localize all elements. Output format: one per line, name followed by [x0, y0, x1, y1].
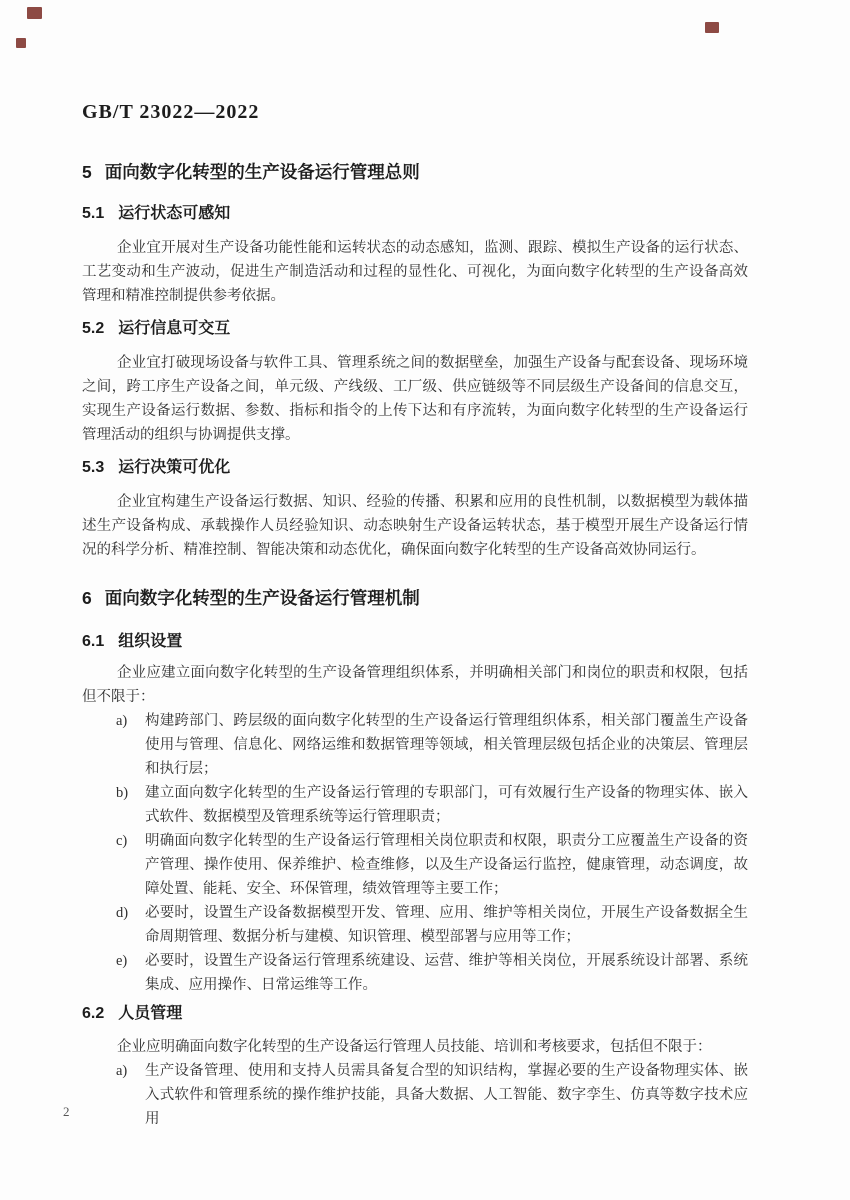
- list-marker-d: d): [116, 901, 128, 925]
- subsection-5-2-heading: 5.2运行信息可交互: [82, 320, 748, 338]
- list-item-6-1-b: b)建立面向数字化转型的生产设备运行管理的专职部门，可有效履行生产设备的物理实体…: [82, 781, 748, 829]
- subsection-6-2-heading: 6.2人员管理: [82, 1005, 748, 1023]
- section-5-number: 5: [82, 162, 92, 182]
- subsection-5-2-title: 运行信息可交互: [118, 320, 230, 337]
- paragraph-5-1: 企业宜开展对生产设备功能性能和运转状态的动态感知，监测、跟踪、模拟生产设备的运行…: [82, 236, 748, 308]
- section-6-number: 6: [82, 588, 92, 608]
- subsection-5-1-title: 运行状态可感知: [118, 205, 230, 222]
- list-6-1: a)构建跨部门、跨层级的面向数字化转型的生产设备运行管理组织体系，相关部门覆盖生…: [82, 709, 748, 997]
- list-text-b: 建立面向数字化转型的生产设备运行管理的专职部门，可有效履行生产设备的物理实体、嵌…: [145, 785, 748, 825]
- list-item-6-1-a: a)构建跨部门、跨层级的面向数字化转型的生产设备运行管理组织体系，相关部门覆盖生…: [82, 709, 748, 781]
- subsection-5-1-heading: 5.1运行状态可感知: [82, 205, 748, 223]
- subsection-5-3-title: 运行决策可优化: [118, 459, 230, 476]
- subsection-5-3-heading: 5.3运行决策可优化: [82, 459, 748, 477]
- page-number: 2: [63, 1104, 70, 1120]
- section-5-title: 面向数字化转型的生产设备运行管理总则: [105, 162, 420, 182]
- list-marker-a: a): [116, 709, 127, 733]
- section-6-heading: 6面向数字化转型的生产设备运行管理机制: [82, 588, 748, 608]
- paragraph-6-2-intro: 企业应明确面向数字化转型的生产设备运行管理人员技能、培训和考核要求，包括但不限于…: [82, 1035, 748, 1059]
- list-6-2: a)生产设备管理、使用和支持人员需具备复合型的知识结构，掌握必要的生产设备物理实…: [82, 1059, 748, 1131]
- scan-mark-1: [16, 38, 26, 48]
- list-item-6-1-c: c)明确面向数字化转型的生产设备运行管理相关岗位职责和权限，职责分工应覆盖生产设…: [82, 829, 748, 901]
- paragraph-5-2: 企业宜打破现场设备与软件工具、管理系统之间的数据壁垒，加强生产设备与配套设备、现…: [82, 351, 748, 447]
- list-marker-c: c): [116, 829, 127, 853]
- subsection-6-1-title: 组织设置: [118, 633, 182, 650]
- list-text-6-2-a: 生产设备管理、使用和支持人员需具备复合型的知识结构，掌握必要的生产设备物理实体、…: [145, 1063, 748, 1127]
- standard-code-header: GB/T 23022—2022: [82, 102, 748, 122]
- document-page: GB/T 23022—2022 5面向数字化转型的生产设备运行管理总则 5.1运…: [0, 0, 850, 1200]
- list-marker-6-2-a: a): [116, 1059, 127, 1083]
- subsection-6-2-title: 人员管理: [118, 1005, 182, 1022]
- list-item-6-2-a: a)生产设备管理、使用和支持人员需具备复合型的知识结构，掌握必要的生产设备物理实…: [82, 1059, 748, 1131]
- subsection-5-3-number: 5.3: [82, 459, 104, 477]
- section-5-heading: 5面向数字化转型的生产设备运行管理总则: [82, 162, 748, 182]
- list-marker-e: e): [116, 949, 127, 973]
- subsection-6-2-number: 6.2: [82, 1005, 104, 1023]
- paragraph-6-1-intro: 企业应建立面向数字化转型的生产设备管理组织体系，并明确相关部门和岗位的职责和权限…: [82, 661, 748, 709]
- subsection-5-2-number: 5.2: [82, 320, 104, 338]
- subsection-5-1-number: 5.1: [82, 205, 104, 223]
- list-text-c: 明确面向数字化转型的生产设备运行管理相关岗位职责和权限，职责分工应覆盖生产设备的…: [145, 833, 748, 897]
- subsection-6-1-heading: 6.1组织设置: [82, 633, 748, 651]
- subsection-6-1-number: 6.1: [82, 633, 104, 651]
- page-content: GB/T 23022—2022 5面向数字化转型的生产设备运行管理总则 5.1运…: [82, 0, 748, 1131]
- list-text-a: 构建跨部门、跨层级的面向数字化转型的生产设备运行管理组织体系，相关部门覆盖生产设…: [145, 713, 748, 777]
- list-item-6-1-e: e)必要时，设置生产设备运行管理系统建设、运营、维护等相关岗位，开展系统设计部署…: [82, 949, 748, 997]
- section-6-title: 面向数字化转型的生产设备运行管理机制: [105, 588, 420, 608]
- scan-mark-0: [27, 7, 42, 19]
- list-item-6-1-d: d)必要时，设置生产设备数据模型开发、管理、应用、维护等相关岗位，开展生产设备数…: [82, 901, 748, 949]
- paragraph-5-3: 企业宜构建生产设备运行数据、知识、经验的传播、积累和应用的良性机制，以数据模型为…: [82, 490, 748, 562]
- list-text-e: 必要时，设置生产设备运行管理系统建设、运营、维护等相关岗位，开展系统设计部署、系…: [145, 953, 748, 993]
- list-text-d: 必要时，设置生产设备数据模型开发、管理、应用、维护等相关岗位，开展生产设备数据全…: [145, 905, 748, 945]
- list-marker-b: b): [116, 781, 128, 805]
